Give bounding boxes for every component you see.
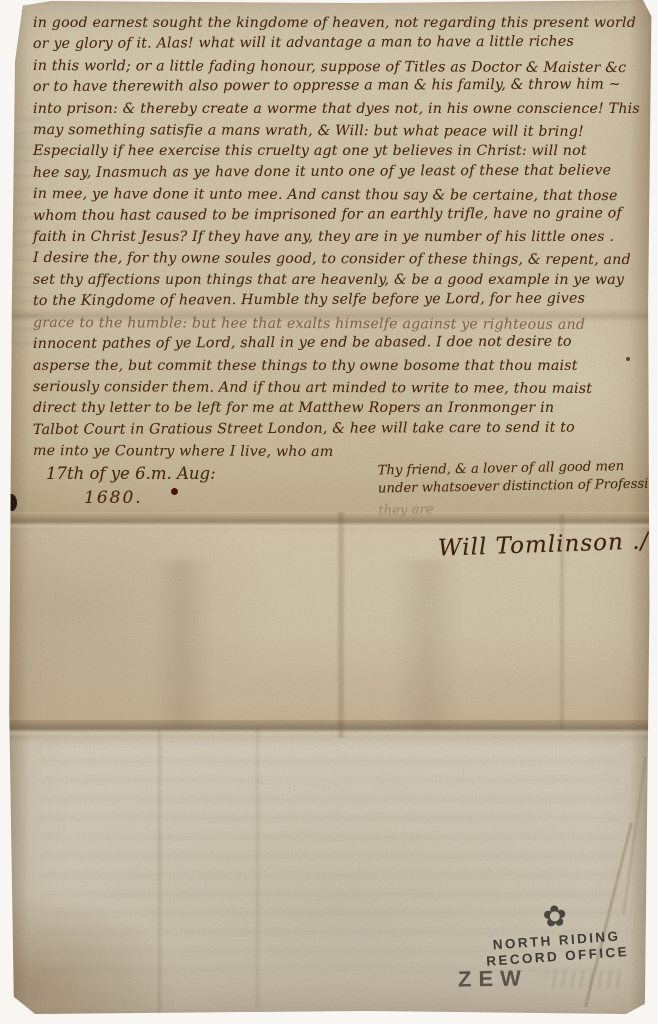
manuscript-paper: in good earnest sought the kingdome of h… [6, 0, 652, 1015]
letter-line: faith in Christ Jesus? If they have any,… [33, 227, 651, 248]
faded-pencil-marks [546, 970, 626, 988]
date-line: 17th of ye 6.m. Aug: [46, 464, 216, 483]
archive-stamp: ✿ NORTH RIDING RECORD OFFICE [472, 894, 640, 970]
stain-band [392, 560, 462, 730]
letter-line: may something satisfie a mans wrath, & W… [33, 120, 651, 144]
letter-line: Talbot Court in Gratious Street London, … [33, 417, 651, 441]
ink-dot [626, 357, 630, 361]
letter-body-text: in good earnest sought the kingdome of h… [33, 13, 651, 463]
signature: Will Tomlinson ./ [438, 528, 650, 561]
letter-line: or to have therewith also power to oppre… [33, 75, 651, 99]
vertical-crease [156, 728, 163, 1013]
letter-dateline: 17th of ye 6.m. Aug: 1680. [46, 464, 216, 508]
letter-line: direct thy letter to be left for me at M… [33, 398, 651, 419]
letter-line: hee say, Inasmuch as ye have done it unt… [33, 160, 651, 184]
letter-line: I desire the, for thy owne soules good, … [33, 248, 651, 272]
letter-line: Especially if hee exercise this cruelty … [33, 141, 651, 162]
stain-band [152, 560, 212, 730]
vertical-crease [336, 512, 346, 738]
letter-line: to the Kingdome of heaven. Humble thy se… [33, 289, 651, 313]
letter-line: innocent pathes of ye Lord, shall in ye … [33, 331, 651, 355]
letter-line: seriously consider them. And if thou art… [33, 377, 651, 401]
letter-closing: Thy friend, & a lover of all good men un… [378, 458, 658, 520]
fold-crease-lower [6, 720, 652, 737]
closing-line-faded: they are [378, 498, 658, 520]
ink-smudge [6, 494, 17, 511]
ink-blot [171, 488, 178, 495]
wrinkle-line [621, 756, 648, 915]
letter-line: or ye glory of it. Alas! what will it ad… [33, 32, 651, 56]
vertical-crease [254, 728, 261, 1008]
letter-line: into prison: & thereby create a worme th… [33, 99, 651, 120]
reference-annotation: ZEW [458, 965, 528, 992]
letter-line: asperse the, but commit these things to … [33, 356, 651, 377]
date-year: 1680. [84, 488, 216, 508]
letter-line: whom thou hast caused to be imprisoned f… [33, 203, 651, 227]
